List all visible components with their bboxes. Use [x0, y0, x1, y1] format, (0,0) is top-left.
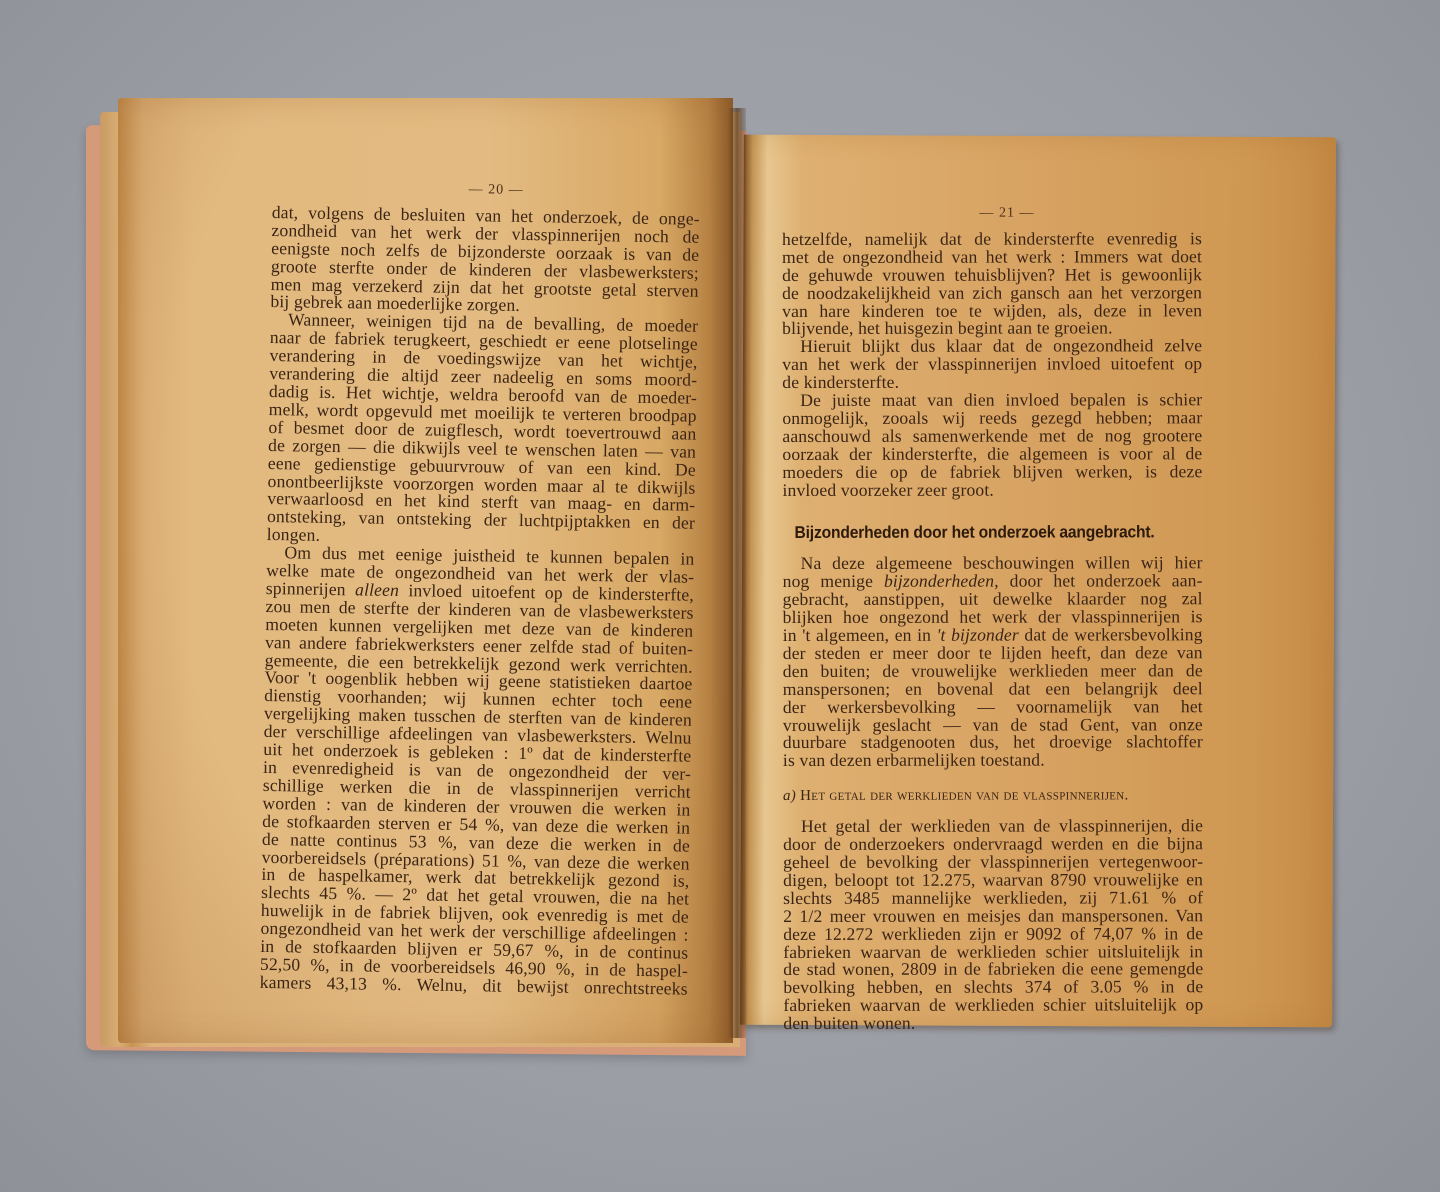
paragraph-1: hetzelfde, namelijk dat de kindersterfte… [782, 230, 1202, 338]
paragraph-3: Om dus met eenige juistheid te kunnen be… [260, 544, 695, 998]
subsection-heading: a) Het getal der werklieden van de vlass… [783, 788, 1203, 807]
paragraph-1: dat, volgens de besluiten van het onderz… [270, 204, 700, 318]
book-gutter [728, 108, 746, 1038]
left-page-text: — 20 — dat, volgens de besluiten van het… [260, 200, 700, 998]
section-heading: Bijzonderheden door het onderzoek aangeb… [795, 523, 1170, 542]
paragraph-2: Hieruit blijkt dus klaar dat de ongezond… [782, 338, 1202, 392]
paragraph-4: Na deze algemeene beschouwingen willen w… [783, 555, 1203, 771]
right-page-text: — 21 — hetzelfde, namelijk dat de kinder… [782, 232, 1203, 1033]
paragraph-2: Wanneer, weinigen tijd na de bevalling, … [267, 311, 699, 550]
subsection-title: Het getal der werklieden van de vlasspin… [800, 788, 1128, 805]
subsection-marker: a) [783, 788, 796, 804]
paragraph-3: De juiste maat van dien invloed bepalen … [782, 391, 1202, 499]
page-number-21: — 21 — [782, 204, 1202, 223]
text-line: is van dezen erbarmelijken toestand. [783, 752, 1203, 771]
text-line: den buiten wonen. [783, 1014, 1203, 1033]
open-book: — 20 — dat, volgens de besluiten van het… [0, 0, 1440, 1192]
text-line: invloed voorzeker zeer groot. [782, 481, 1202, 500]
paragraph-5: Het getal der werklieden van de vlasspin… [783, 817, 1203, 1033]
